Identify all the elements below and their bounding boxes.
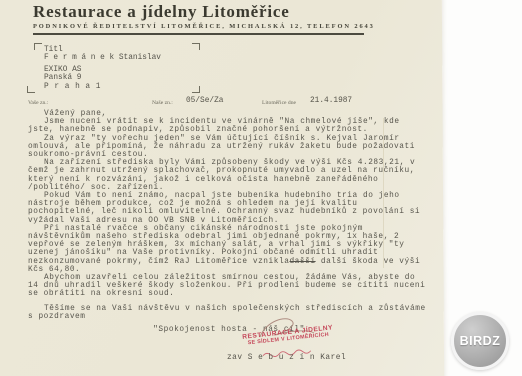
birdz-watermark-badge: BIRDZ: [451, 312, 509, 370]
body-paragraph-4: Pokud Vám to není známo, nacpal jste bub…: [28, 192, 430, 225]
company-subtitle: PODNIKOVÉ ŘEDITELSTVÍ LITOMĚŘICE, MICHAL…: [33, 23, 375, 30]
letter-body: Vážený pane, Jsme nuceni vrátit se k inc…: [28, 110, 430, 334]
recipient-city: P r a h a 1: [44, 83, 161, 91]
recipient-titl: Titl: [44, 46, 161, 54]
letterhead: Restaurace a jídelny Litoměřice PODNIKOV…: [33, 2, 375, 35]
body-paragraph-6: Abychom uzavřeli celou záležitost smírno…: [28, 274, 430, 299]
your-ref-label: Vaše zn.:: [28, 100, 48, 106]
corner-mark-top-left: [34, 43, 42, 50]
letterhead-rule: [33, 33, 364, 35]
recipient-street: Panská 9: [44, 74, 161, 82]
recipient-company: EXIKO AS: [44, 66, 161, 74]
recipient-address-block: Titl F e r m á n e k Stanislav EXIKO AS …: [34, 43, 200, 93]
company-slogan: "Spokojenost hosta - náš cíl": [28, 326, 430, 334]
reference-row: Vaše zn.: Naše zn.: 05/Se/Za Litoměřice …: [28, 97, 428, 109]
corner-mark-bottom-right: [192, 86, 200, 93]
birdz-watermark-label: BIRDZ: [460, 334, 501, 348]
letter-date: 21.4.1987: [310, 97, 352, 105]
salutation: Vážený pane,: [28, 110, 430, 118]
our-ref-label: Naše zn.:: [152, 100, 173, 106]
recipient-name: F e r m á n e k Stanislav: [44, 54, 161, 62]
our-ref-value: 05/Se/Za: [186, 97, 223, 105]
body-paragraph-5: Při nastalé rvačce s občany cikánské nár…: [28, 225, 430, 274]
body-paragraph-3: Na zařízení střediska byly Vámi způsoben…: [28, 159, 430, 192]
company-title: Restaurace a jídelny Litoměřice: [33, 2, 375, 22]
signatory-typed-name: zav S e b u z í n Karel: [227, 354, 346, 362]
typewriter-strikethrough: dašší: [289, 258, 315, 266]
corner-mark-bottom-left: [27, 86, 35, 93]
recipient-address-text: Titl F e r m á n e k Stanislav EXIKO AS …: [44, 46, 161, 91]
body-paragraph-1: Jsme nuceni vrátit se k incidentu ve vin…: [28, 118, 430, 134]
body-paragraph-2: Za výraz "ty vořechu jeden" se Vám účtuj…: [28, 135, 430, 160]
corner-mark-top-right: [192, 43, 200, 50]
closing-paragraph: Těšíme se na Vaši návštěvu v našich spol…: [28, 305, 430, 321]
place-date-label: Litoměřice dne: [262, 100, 296, 106]
